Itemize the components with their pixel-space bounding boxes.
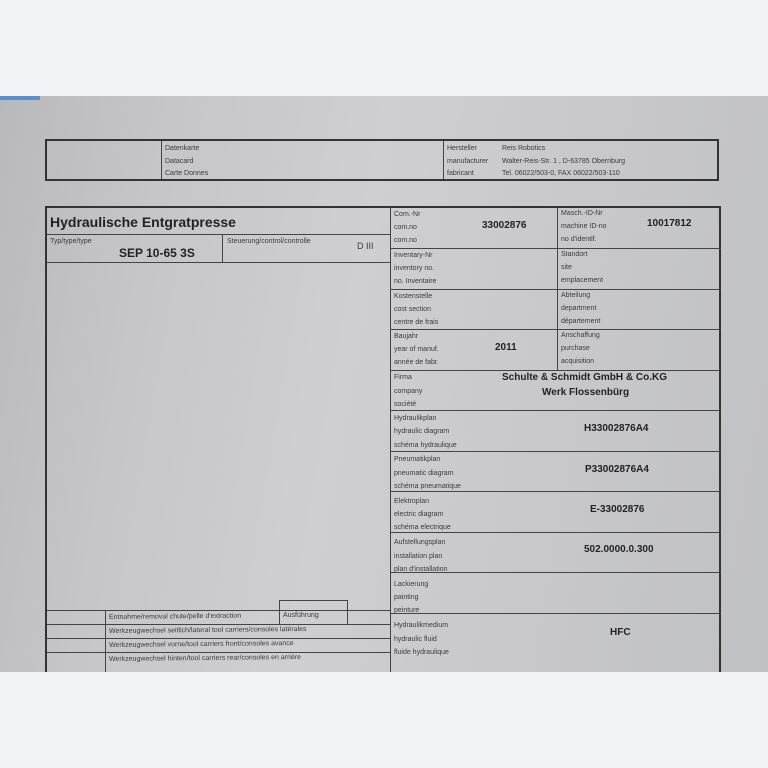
manufacturer-label-en: manufacturer (447, 158, 488, 166)
purchase-label-de: Anschaffung (561, 332, 600, 340)
electric-plan-label-de: Elektroplan (394, 498, 429, 506)
header-box: Datenkarte Datacard Carte Donnes Herstel… (45, 139, 719, 181)
hydraulic-plan-label-de: Hydraulikplan (394, 415, 436, 423)
site-label-en: site (561, 264, 572, 272)
com-no-label-fr: com.no (394, 237, 417, 245)
manufacturer-name: Reis Robotics (502, 145, 545, 153)
control-value: D III (357, 242, 374, 250)
cost-section-label-de: Kostenstelle (394, 293, 432, 301)
department-label-en: department (561, 305, 596, 313)
option-row-lateral: Werkzeugwechsel seitlich/lateral tool ca… (109, 626, 307, 636)
painting-label-fr: peinture (394, 607, 419, 615)
hydraulic-fluid-label-de: Hydraulikmedium (394, 622, 448, 630)
com-no-value: 33002876 (482, 220, 527, 231)
company-label-fr: société (394, 401, 416, 409)
machine-title: Hydraulische Entgratpresse (50, 214, 236, 230)
purchase-label-fr: acquisition (561, 358, 594, 366)
purchase-label-en: purchase (561, 345, 590, 353)
blue-mark (0, 96, 40, 100)
company-name: Schulte & Schmidt GmbH & Co.KG (502, 372, 667, 383)
cost-section-label-en: cost section (394, 306, 431, 314)
manufacturer-label-fr: fabricant (447, 170, 474, 178)
machine-id-label-de: Masch.-ID-Nr (561, 210, 603, 218)
site-label-fr: emplacement (561, 277, 603, 285)
year-value: 2011 (495, 342, 517, 353)
installation-plan-value: 502.0000.0.300 (584, 544, 654, 555)
option-row-rear: Werkzeugwechsel hinten/tool carriers rea… (109, 654, 301, 664)
year-label-en: year of manuf. (394, 346, 439, 354)
cost-section-label-fr: centre de frais (394, 319, 438, 327)
pneumatic-plan-value: P33002876A4 (585, 464, 649, 475)
option-row-front: Werkzeugwechsel vorne/tool carriers fron… (109, 640, 294, 650)
department-label-fr: département (561, 318, 600, 326)
installation-plan-label-en: installation plan (394, 553, 442, 561)
bottom-margin (0, 672, 768, 768)
company-site: Werk Flossenbürg (542, 387, 629, 398)
electric-plan-value: E-33002876 (590, 504, 645, 515)
datacard-label-en: Datacard (165, 158, 193, 166)
painting-label-en: painting (394, 594, 419, 602)
machine-id-label-en: machine ID-no (561, 223, 607, 231)
company-label-en: company (394, 388, 422, 396)
company-label-de: Firma (394, 374, 412, 382)
installation-plan-label-de: Aufstellungsplan (394, 539, 445, 547)
hydraulic-plan-label-fr: schéma hydraulique (394, 442, 457, 450)
control-label: Steuerung/control/controlle (227, 238, 311, 246)
machine-id-value: 10017812 (647, 218, 692, 229)
manufacturer-label-de: Hersteller (447, 145, 477, 153)
pneumatic-plan-label-fr: schéma pneumatique (394, 483, 461, 491)
year-label-de: Baujahr (394, 333, 418, 341)
top-margin (0, 0, 768, 96)
hydraulic-fluid-label-fr: fluide hydraulique (394, 649, 449, 657)
datacard-label-fr: Carte Donnes (165, 170, 208, 178)
hydraulic-plan-label-en: hydraulic diagram (394, 428, 449, 436)
datacard-label-de: Datenkarte (165, 145, 199, 153)
electric-plan-label-en: electric diagram (394, 511, 443, 519)
year-label-fr: année de fabr. (394, 359, 439, 367)
execution-label: Ausführung (283, 612, 319, 620)
hydraulic-plan-value: H33002876A4 (584, 423, 649, 434)
manufacturer-address: Walter-Reis-Str. 1 , D-63785 Obernburg (502, 158, 625, 166)
pneumatic-plan-label-en: pneumatic diagram (394, 470, 454, 478)
option-row-removal: Entnahme/removal chute/pelle d'extractio… (109, 613, 241, 622)
painting-label-de: Lackierung (394, 581, 428, 589)
inventory-label-de: Inventary-Nr (394, 252, 433, 260)
installation-plan-label-fr: plan d'installation (394, 566, 447, 574)
machine-id-label-fr: no d'identif. (561, 236, 597, 244)
com-no-label-en: com.no (394, 224, 417, 232)
main-box: Hydraulische Entgratpresse Typ/type/type… (45, 206, 721, 672)
department-label-de: Abteilung (561, 292, 590, 300)
hydraulic-fluid-value: HFC (610, 627, 631, 638)
hydraulic-fluid-label-en: hydraulic fluid (394, 636, 437, 644)
manufacturer-phone: Tel. 06022/503-0, FAX 06022/503-110 (502, 170, 620, 178)
inventory-label-fr: no. Inventaire (394, 278, 436, 286)
com-no-label-de: Com.-Nr (394, 211, 420, 219)
inventory-label-en: inventory no. (394, 265, 434, 273)
pneumatic-plan-label-de: Pneumatikplan (394, 456, 440, 464)
datacard-photo: Datenkarte Datacard Carte Donnes Herstel… (0, 96, 768, 672)
type-label: Typ/type/type (50, 238, 92, 246)
electric-plan-label-fr: schéma electrique (394, 524, 451, 532)
type-value: SEP 10-65 3S (119, 246, 195, 260)
site-label-de: Standort (561, 251, 587, 259)
